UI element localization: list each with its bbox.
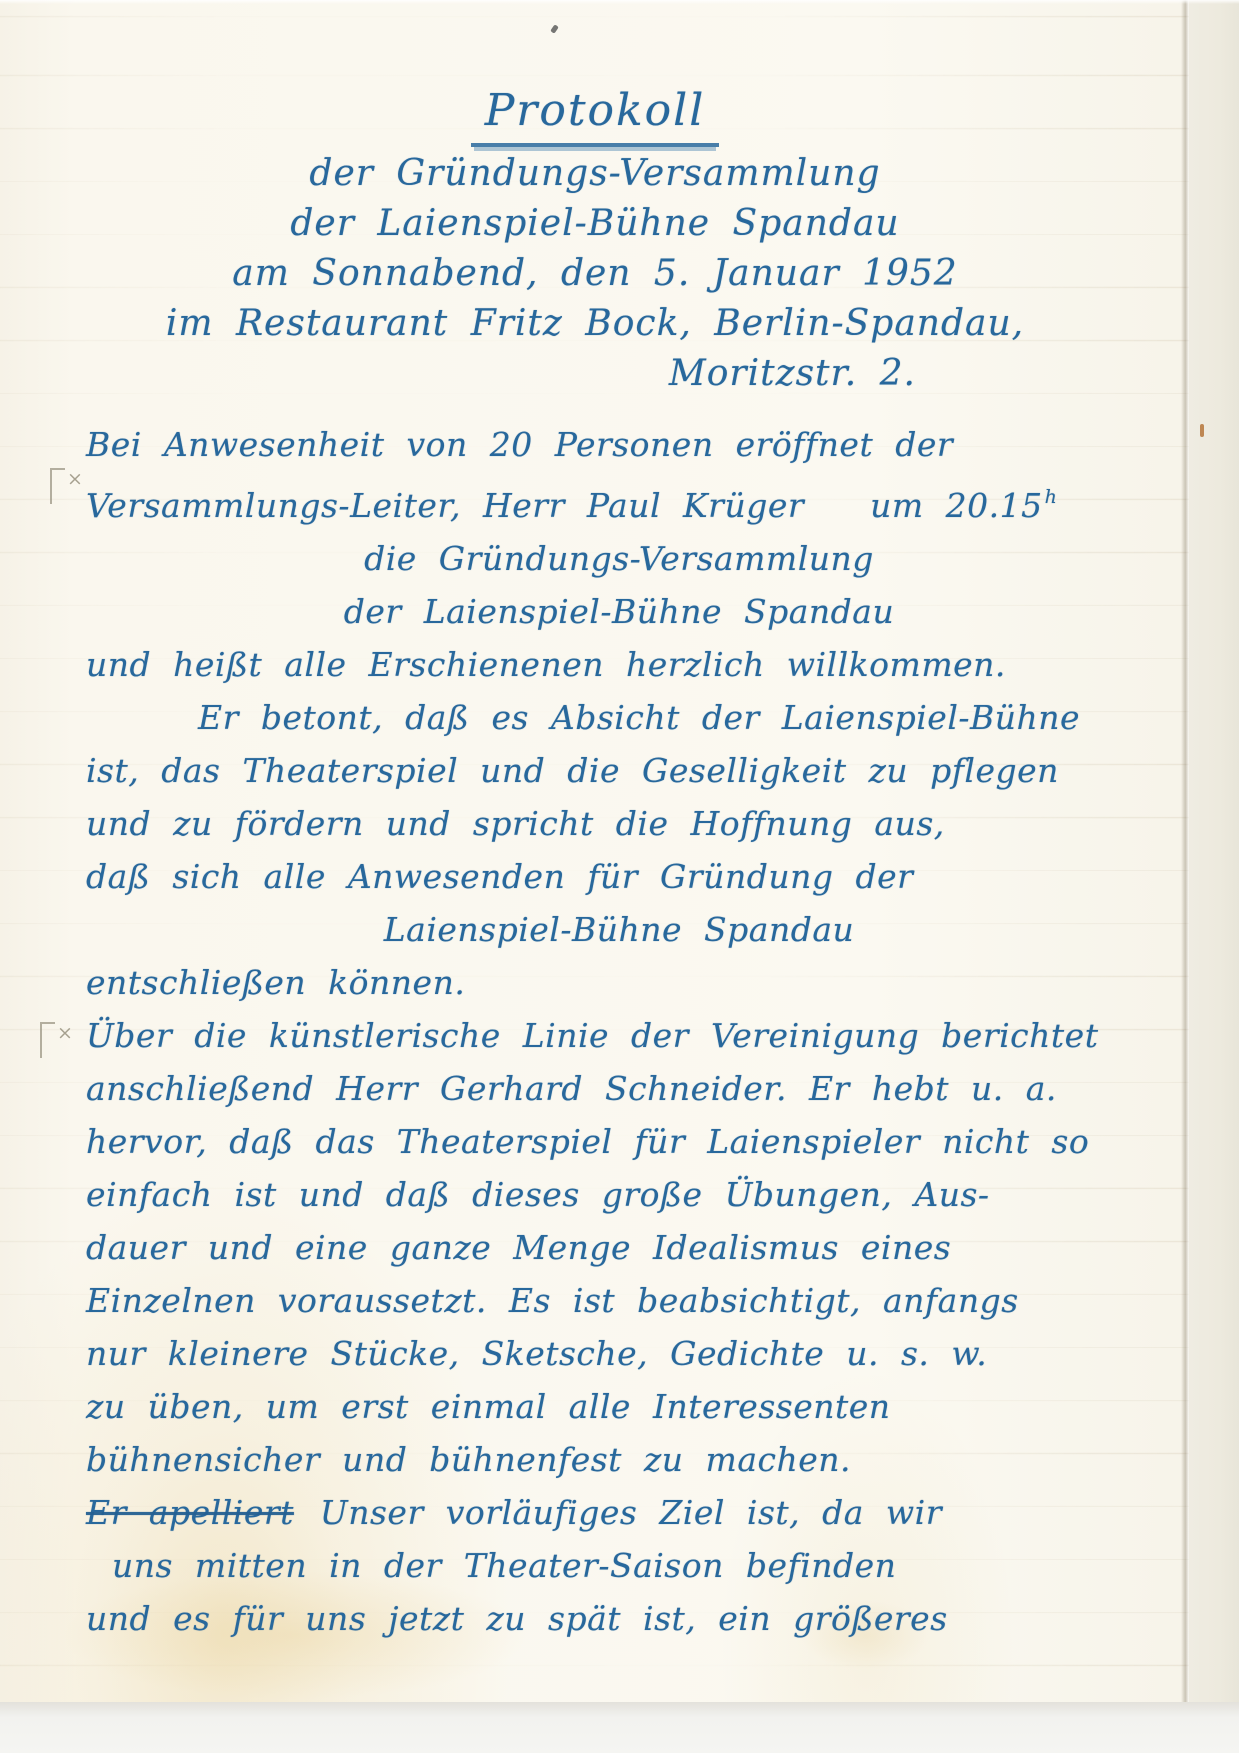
document-title: Protokoll [471, 82, 720, 147]
body-line: daß sich alle Anwesenden für Gründung de… [86, 850, 1152, 903]
page-fold-crease [1181, 0, 1189, 1702]
pencil-corner-glyph [40, 1022, 55, 1058]
document-header: Protokoll der Gründungs-Versammlung der … [64, 82, 1126, 399]
body-line-text: Versammlungs-Leiter, Herr Paul Krüger um… [86, 486, 1043, 525]
body-line: Über die künstlerische Linie der Vereini… [86, 1009, 1152, 1062]
body-line: Er betont, daß es Absicht der Laienspiel… [86, 691, 1152, 744]
body-line: Einzelnen voraussetzt. Es ist beabsichti… [86, 1274, 1152, 1327]
scan-top-edge [0, 0, 1239, 4]
body-line-text: Unser vorläufiges Ziel ist, da wir [320, 1493, 942, 1532]
header-line: der Gründungs-Versammlung [64, 149, 1126, 199]
body-line: anschließend Herr Gerhard Schneider. Er … [86, 1062, 1152, 1115]
pencil-x-glyph: × [67, 468, 83, 490]
body-line: Versammlungs-Leiter, Herr Paul Krüger um… [86, 471, 1152, 532]
body-line: zu üben, um erst einmal alle Interessent… [86, 1380, 1152, 1433]
body-line: einfach ist und daß dieses große Übungen… [86, 1168, 1152, 1221]
superscript-hour: h [1045, 486, 1058, 508]
scan-bottom-edge [0, 1702, 1239, 1753]
paper-fleck [1200, 424, 1204, 437]
pencil-corner-glyph [50, 468, 65, 504]
header-line: im Restaurant Fritz Bock, Berlin-Spandau… [64, 299, 1126, 349]
header-line: der Laienspiel-Bühne Spandau [64, 199, 1126, 249]
body-line: Er apelliertUnser vorläufiges Ziel ist, … [86, 1486, 1152, 1539]
pencil-x-glyph: × [57, 1022, 73, 1044]
body-line: uns mitten in der Theater-Saison befinde… [86, 1539, 1152, 1592]
title-row: Protokoll [64, 82, 1126, 149]
body-line: der Laienspiel-Bühne Spandau [86, 585, 1152, 638]
body-line: und zu fördern und spricht die Hoffnung … [86, 797, 1152, 850]
body-line: ist, das Theaterspiel und die Geselligke… [86, 744, 1152, 797]
body-line: hervor, daß das Theaterspiel für Laiensp… [86, 1115, 1152, 1168]
header-address-line: Moritzstr. 2. [64, 349, 1126, 399]
body-line: nur kleinere Stücke, Sketsche, Gedichte … [86, 1327, 1152, 1380]
margin-pencil-mark: × [40, 1022, 73, 1058]
body-line: und heißt alle Erschienenen herzlich wil… [86, 638, 1152, 691]
page-right-edge [1189, 0, 1239, 1702]
body-line: und es für uns jetzt zu spät ist, ein gr… [86, 1592, 1152, 1645]
body-line: dauer und eine ganze Menge Idealismus ei… [86, 1221, 1152, 1274]
body-line: die Gründungs-Versammlung [86, 532, 1152, 585]
body-line: Bei Anwesenheit von 20 Personen eröffnet… [86, 418, 1152, 471]
header-line: am Sonnabend, den 5. Januar 1952 [64, 249, 1126, 299]
document-body: Bei Anwesenheit von 20 Personen eröffnet… [86, 418, 1152, 1645]
struck-out-text: Er apelliert [86, 1493, 294, 1532]
scanned-document: Protokoll der Gründungs-Versammlung der … [0, 0, 1239, 1753]
body-line: Laienspiel-Bühne Spandau [86, 903, 1152, 956]
body-line: bühnensicher und bühnenfest zu machen. [86, 1433, 1152, 1486]
body-line: entschließen können. [86, 956, 1152, 1009]
margin-pencil-mark: × [50, 468, 83, 504]
